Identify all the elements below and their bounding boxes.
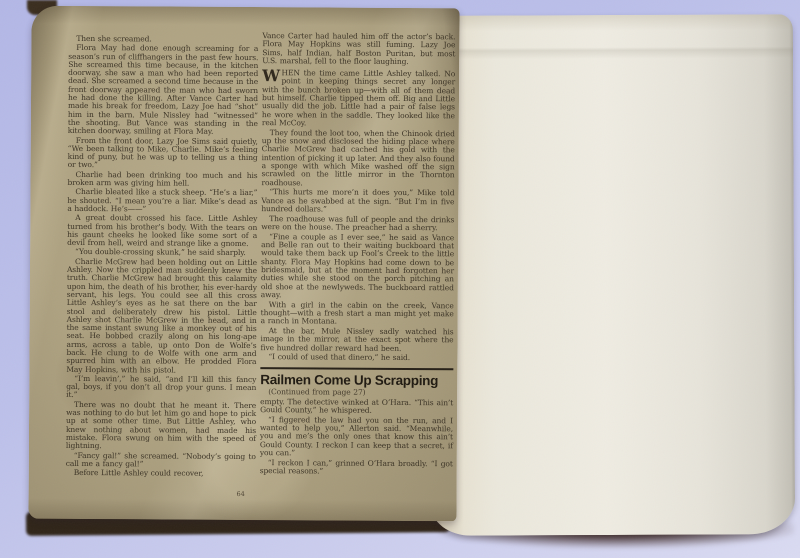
paragraph: “Fancy gal!” she screamed. “Nobody’s goi… [66, 451, 256, 469]
left-page: Then she screamed. Flora May had done en… [28, 6, 459, 522]
right-page-blank [429, 14, 795, 536]
photo-background: Then she screamed. Flora May had done en… [0, 0, 800, 558]
paragraph: From the front door, Lazy Joe Sims said … [68, 136, 258, 170]
paragraph: “I figgered the law had you on the run, … [260, 416, 453, 459]
paragraph: Charlie McGrew had been holding out on L… [66, 258, 257, 375]
paragraph: “I could of used that dinero,” he said. [260, 354, 453, 363]
paragraph: With a girl in the cabin on the creek, V… [261, 301, 454, 327]
paragraph: “This hurts me more’n it does you,” Mike… [261, 188, 454, 214]
paragraph: Charlie had been drinking too much and h… [67, 171, 257, 189]
paragraph: There was no doubt that he meant it. The… [66, 401, 256, 452]
paragraph: Before Little Ashley could recover, [66, 469, 256, 478]
section-divider [260, 367, 453, 370]
continued-note: (Continued from page 27) [260, 388, 453, 397]
right-column: Vance Carter had hauled him off the acto… [260, 32, 456, 478]
paragraph: A great doubt crossed his face. Little A… [67, 214, 257, 248]
paragraph: “Fine a couple as I ever see,” he said a… [261, 233, 454, 301]
left-column: Then she screamed. Flora May had done en… [66, 35, 259, 480]
page-number: 64 [229, 490, 253, 498]
paragraph: They found the loot too, when the Chinoo… [261, 129, 454, 188]
paragraph: empty. The detective winked at O’Hara. “… [260, 398, 453, 416]
paragraph: Vance Carter had hauled him off the acto… [262, 32, 455, 66]
paragraph: “I reckon I can,” grinned O’Hara broadly… [260, 459, 453, 477]
paragraph: The roadhouse was full of people and the… [261, 215, 454, 233]
paragraph: At the bar, Mule Nissley sadly watched h… [260, 327, 453, 353]
paragraph: “I’m leavin’,” he said, “and I’ll kill t… [66, 375, 256, 401]
paragraph-with-dropcap: WHEN the time came Little Ashley talked.… [262, 69, 455, 128]
drop-cap: W [262, 69, 280, 83]
paragraph: Flora May had done enough screaming for … [68, 44, 259, 136]
paragraph-text: HEN the time came Little Ashley talked. … [262, 68, 455, 127]
section-heading: Railmen Come Up Scrapping [260, 372, 453, 388]
paragraph: Charlie bleated like a stuck sheep. “He’… [67, 188, 257, 214]
